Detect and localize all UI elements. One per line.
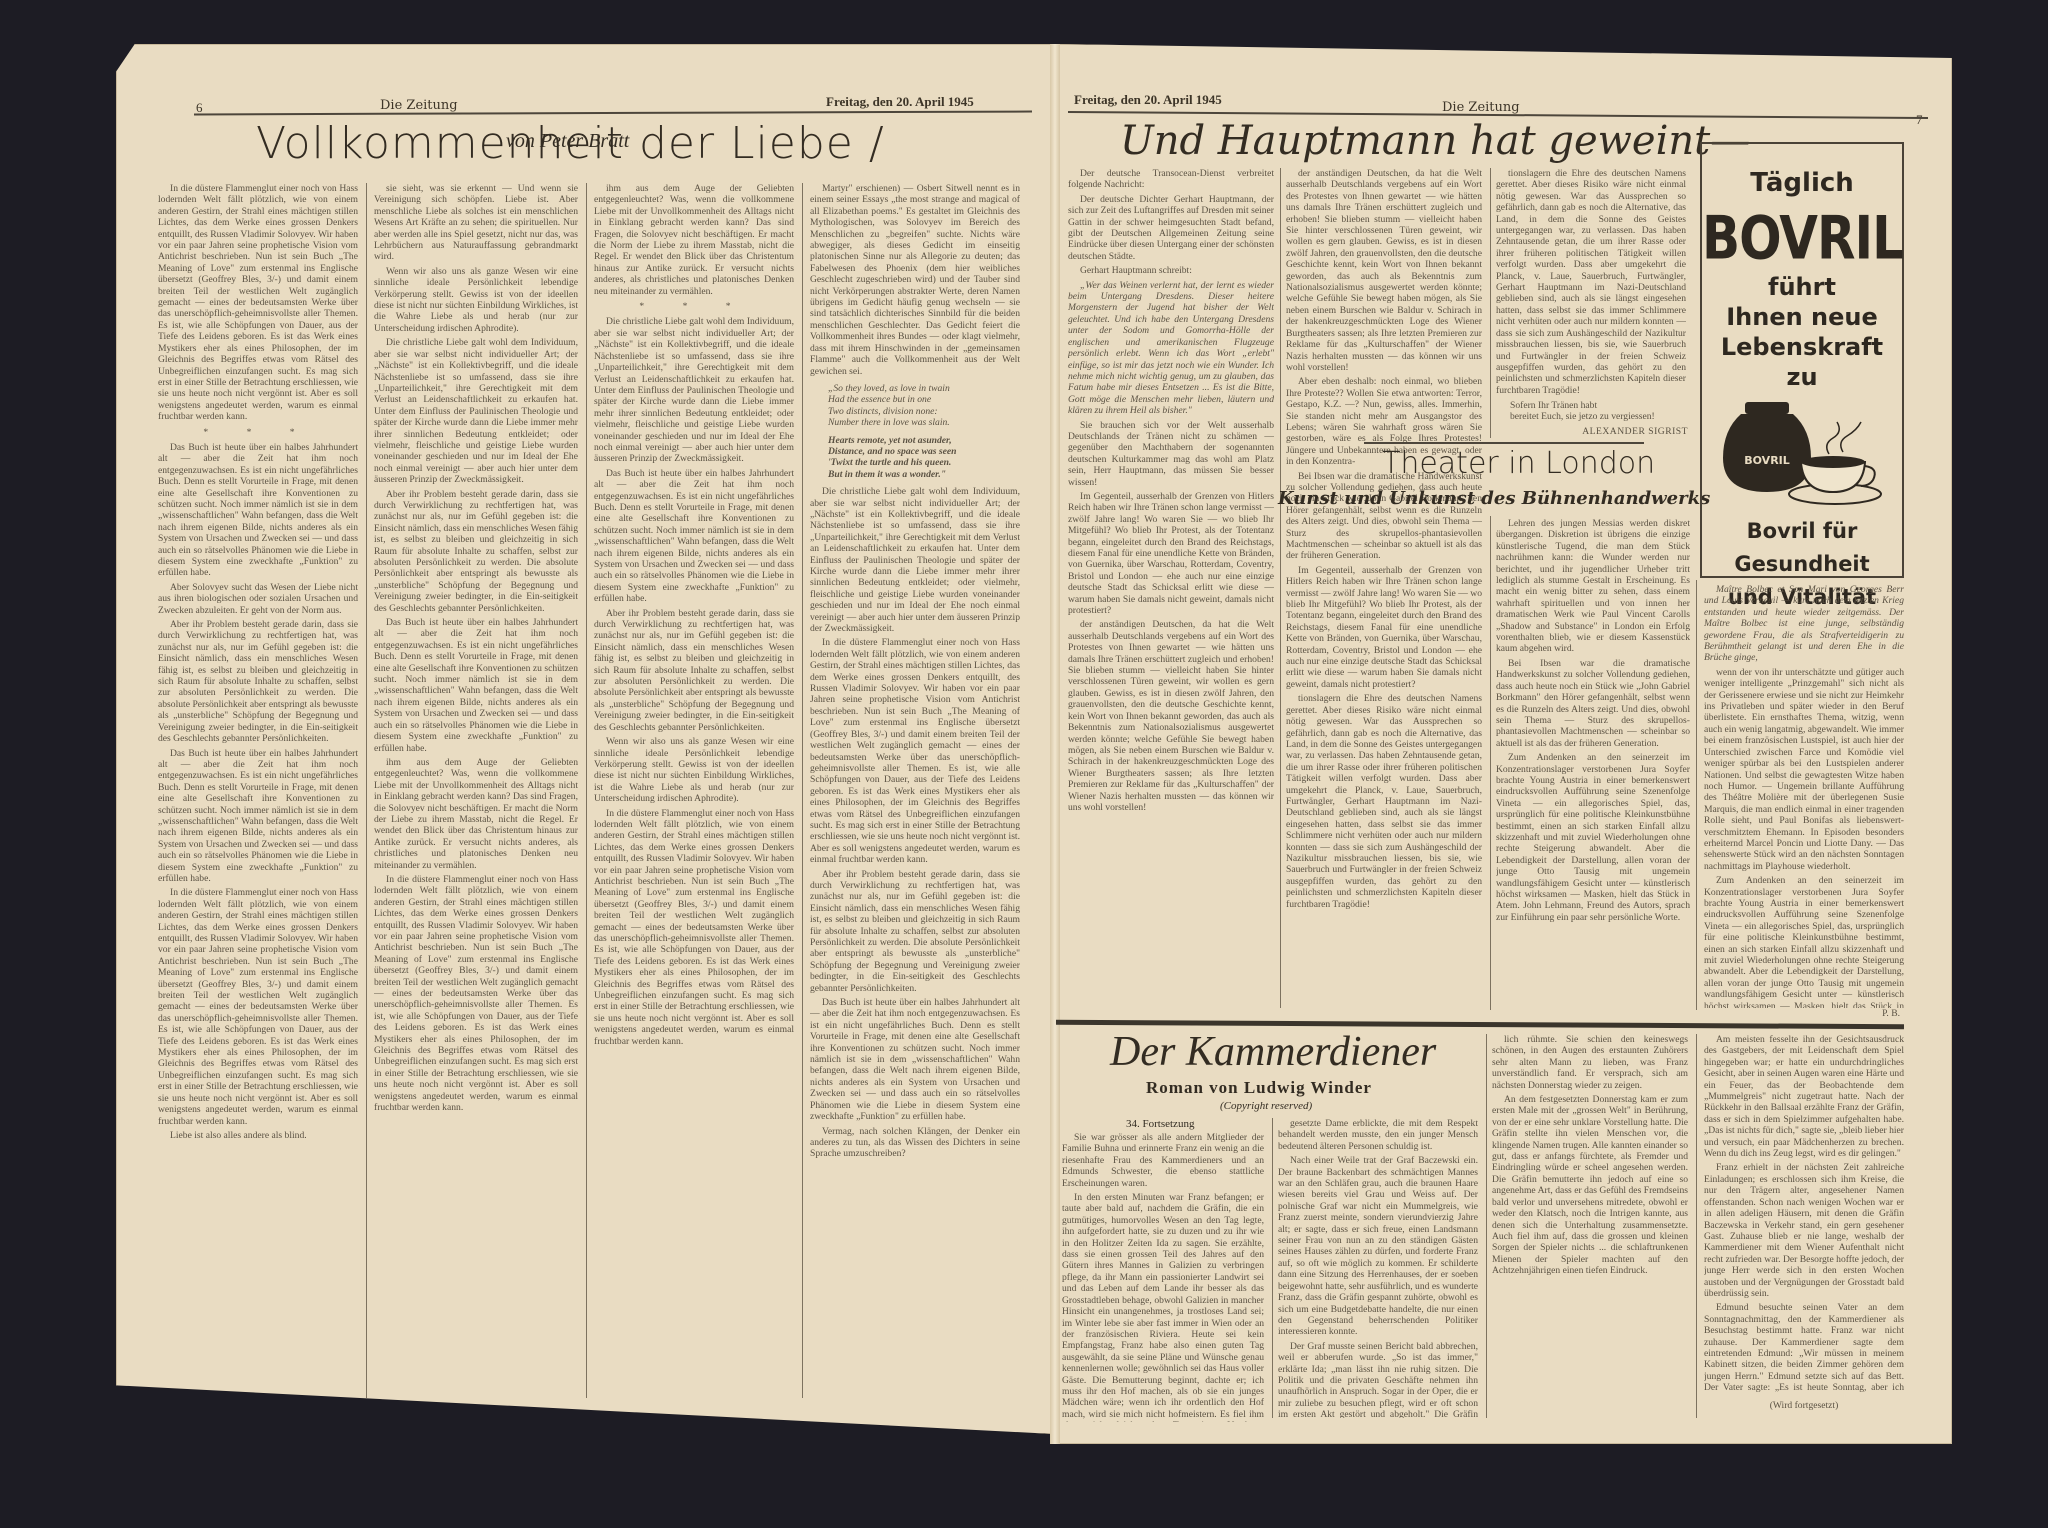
paragraph: An dem festgesetzten Donnerstag kam er z…: [1492, 1094, 1688, 1277]
ad-line: Ihnen neue: [1702, 302, 1902, 332]
paragraph: ihm aus dem Auge der Geliebten entgegenl…: [374, 757, 578, 871]
paragraph: Aber ihr Problem besteht gerade darin, d…: [158, 619, 358, 744]
paragraph: Die christliche Liebe galt wohl dem Indi…: [810, 486, 1020, 634]
serial-subtitle: Roman von Ludwig Winder: [1146, 1078, 1372, 1098]
ad-line: führt: [1702, 272, 1902, 302]
ad-footer-line: Gesundheit: [1702, 551, 1902, 578]
theater-signoff: P. B.: [1850, 1008, 1900, 1022]
page-number-right: 7: [1916, 112, 1923, 128]
column-divider: [1490, 516, 1491, 1010]
verse-line: Sofern Ihr Tränen habt: [1510, 400, 1690, 411]
poem-line: Distance, and no space was seen: [828, 446, 1020, 457]
paragraph: Im Gegenteil, ausserhalb der Grenzen von…: [1286, 565, 1482, 690]
serial-column-2: gesetzte Dame erblickte, die mit dem Res…: [1278, 1118, 1478, 1418]
paragraph: der anständigen Deutschen, da hat die We…: [1068, 619, 1274, 813]
paragraph: Sie war grösser als alle andern Mitglied…: [1062, 1132, 1264, 1189]
poem-stanza-1: „So they loved, as love in twain Had the…: [828, 383, 1020, 429]
poem-stanza-2: Hearts remote, yet not asunder, Distance…: [828, 435, 1020, 481]
paragraph: Zum Andenken an den seinerzeit im Konzen…: [1496, 752, 1690, 923]
hauptmann-column-2: der anständigen Deutschen, da hat die We…: [1286, 168, 1482, 1008]
liebe-column-2: sie sieht, was sie erkennt — Und wenn si…: [374, 183, 578, 1398]
liebe-column-3: ihm aus dem Auge der Geliebten entgegenl…: [594, 183, 794, 1398]
serial-title: Der Kammerdiener: [1110, 1028, 1436, 1076]
ad-brand: BOVRIL: [1702, 207, 1902, 269]
serial-column-1: Sie war grösser als alle andern Mitglied…: [1062, 1132, 1264, 1422]
column-divider: [1696, 580, 1697, 1010]
paragraph: Liebe ist also alles andere als blind.: [158, 1130, 358, 1141]
poem-line: Had the essence but in one: [828, 394, 1020, 405]
theater-column-2: Lehren des jungen Messias werden diskret…: [1496, 518, 1690, 1008]
article-title-hauptmann: Und Hauptmann hat geweint—: [1120, 118, 1750, 164]
paragraph: Der deutsche Transocean-Dienst verbreite…: [1068, 168, 1274, 191]
bovril-advertisement: Täglich BOVRIL führt Ihnen neue Lebenskr…: [1700, 142, 1904, 578]
section-break: * * *: [158, 427, 358, 438]
serial-column-3: lich rühmte. Sie schien den keineswegs s…: [1492, 1034, 1688, 1418]
column-divider: [1280, 168, 1281, 1008]
hauptmann-column-3: tionslagern die Ehre des deutschen Namen…: [1496, 168, 1686, 398]
article-title-theater: Theater in London: [1382, 446, 1655, 481]
paragraph: sie sieht, was sie erkennt — Und wenn si…: [374, 183, 578, 263]
hauptmann-column-1: Der deutsche Transocean-Dienst verbreite…: [1068, 168, 1274, 1008]
paragraph: Aber ihr Problem besteht gerade darin, d…: [810, 869, 1020, 994]
ad-line: Täglich: [1702, 168, 1902, 198]
paragraph: Nach einer Weile trat der Graf Baczewski…: [1278, 1155, 1478, 1338]
paragraph: tionslagern die Ehre des deutschen Namen…: [1286, 693, 1482, 910]
liebe-column-1: In die düstere Flammenglut einer noch vo…: [158, 183, 358, 1398]
paragraph: ihm aus dem Auge der Geliebten entgegenl…: [594, 183, 794, 297]
paragraph: Der deutsche Dichter Gerhart Hauptmann, …: [1068, 194, 1274, 262]
serial-installment: 34. Fortsetzung: [1126, 1118, 1194, 1130]
paragraph: Martyr" erschienen) — Osbert Sitwell nen…: [810, 183, 1020, 377]
verse-line: bereitet Euch, sie jetzo zu vergiessen!: [1510, 411, 1690, 422]
paragraph: Vermag, nach solchen Klängen, der Denker…: [810, 1126, 1020, 1160]
paragraph: Das Buch ist heute über ein halbes Jahrh…: [374, 617, 578, 754]
paragraph: Die christliche Liebe galt wohl dem Indi…: [374, 337, 578, 485]
paragraph: gesetzte Dame erblickte, die mit dem Res…: [1278, 1118, 1478, 1152]
article-byline: von Peter Bratt: [506, 130, 629, 153]
column-divider: [1490, 168, 1491, 438]
paragraph: Das Buch ist heute über ein halbes Jahrh…: [810, 997, 1020, 1122]
paragraph: Der Graf musste seinen Bericht bald abbr…: [1278, 1341, 1478, 1418]
quote-paragraph: „Wer das Weinen verlernt hat, der lernt …: [1068, 280, 1274, 417]
closing-verse: Sofern Ihr Tränen habt bereitet Euch, si…: [1510, 400, 1690, 426]
date-left: Freitag, den 20. April 1945: [826, 94, 974, 110]
poem-line: „So they loved, as love in twain: [828, 383, 1020, 394]
paragraph: Bei Ibsen war die dramatische Handwerksk…: [1496, 658, 1690, 749]
column-divider: [366, 183, 367, 1398]
paragraph: Gerhart Hauptmann schreibt:: [1068, 265, 1274, 276]
paragraph: In den ersten Minuten war Franz befangen…: [1062, 1192, 1264, 1422]
poem-line: Number there in love was slain.: [828, 417, 1020, 428]
column-divider: [586, 183, 587, 1398]
paragraph: Aber Solovyev sucht das Wesen der Liebe …: [158, 582, 358, 616]
paragraph: der anständigen Deutschen, da hat die We…: [1286, 168, 1482, 373]
paragraph: Am meisten fesselte ihn der Gesichtsausd…: [1704, 1034, 1904, 1159]
ad-line: zu: [1702, 362, 1902, 392]
poem-line: Hearts remote, yet not asunder,: [828, 435, 1020, 446]
column-divider: [802, 183, 803, 1398]
date-right: Freitag, den 20. April 1945: [1074, 92, 1222, 108]
paragraph: Das Buch ist heute über ein halbes Jahrh…: [594, 468, 794, 605]
ad-footer-line: Bovril für: [1702, 518, 1902, 545]
paragraph: Die christliche Liebe galt wohl dem Indi…: [594, 316, 794, 464]
article-subtitle-theater: Kunst und Unkunst des Bühnenhandwerks: [1278, 488, 1710, 509]
theater-column-3: Maître Bolbec et Son Mari von Georges Be…: [1704, 584, 1904, 1008]
paragraph: Das Buch ist heute über ein halbes Jahrh…: [158, 442, 358, 579]
paragraph: In die düstere Flammenglut einer noch vo…: [374, 874, 578, 1114]
section-break: * * *: [594, 301, 794, 312]
paragraph: Lehren des jungen Messias werden diskret…: [1496, 518, 1690, 655]
column-divider: [1272, 1118, 1273, 1418]
paragraph: Zum Andenken an den seinerzeit im Konzen…: [1704, 875, 1904, 1008]
poem-line: But in them it was a wonder.": [828, 469, 1020, 480]
serial-continued-note: (Wird fortgesetzt): [1704, 1400, 1904, 1414]
author-signature: ALEXANDER SIGRIST: [1560, 426, 1688, 440]
center-fold: [1050, 44, 1060, 1444]
poem-line: 'Twixt the turtle and his queen.: [828, 457, 1020, 468]
liebe-column-4: Martyr" erschienen) — Osbert Sitwell nen…: [810, 183, 1020, 1398]
paragraph: In die düstere Flammenglut einer noch vo…: [594, 808, 794, 1048]
serial-column-4: Am meisten fesselte ihn der Gesichtsausd…: [1704, 1034, 1904, 1394]
svg-text:BOVRIL: BOVRIL: [1744, 454, 1790, 467]
column-divider: [1696, 1034, 1697, 1418]
paragraph: Sie brauchen sich vor der Welt ausserhal…: [1068, 420, 1274, 488]
paragraph: Franz erhielt in der nächsten Zeit zahlr…: [1704, 1162, 1904, 1299]
paragraph: Aber ihr Problem besteht gerade darin, d…: [374, 489, 578, 614]
poem-line: Two distincts, division none:: [828, 406, 1020, 417]
paragraph: lich rühmte. Sie schien den keineswegs s…: [1492, 1034, 1688, 1091]
ad-line: Lebenskraft: [1702, 332, 1902, 362]
paragraph: In die düstere Flammenglut einer noch vo…: [158, 887, 358, 1127]
column-divider: [1486, 1034, 1487, 1418]
paragraph: Wenn wir also uns als ganze Wesen wir ei…: [594, 736, 794, 804]
paragraph: wenn der von ihr unterschätzte und gütig…: [1704, 667, 1904, 872]
bovril-jar-and-cup-icon: BOVRIL: [1717, 398, 1887, 508]
paragraph: tionslagern die Ehre des deutschen Namen…: [1496, 168, 1686, 396]
paragraph: Maître Bolbec et Son Mari von Georges Be…: [1704, 584, 1904, 664]
paragraph: Bei Ibsen war die dramatische Handwerksk…: [1286, 471, 1482, 562]
paragraph: Wenn wir also uns als ganze Wesen wir ei…: [374, 266, 578, 334]
paragraph: Edmund besuchte seinen Vater an dem Sonn…: [1704, 1302, 1904, 1394]
paragraph: Das Buch ist heute über ein halbes Jahrh…: [158, 748, 358, 885]
masthead-left: Die Zeitung: [380, 98, 458, 113]
serial-copyright: (Copyright reserved): [1220, 1100, 1312, 1112]
paragraph: In die düstere Flammenglut einer noch vo…: [158, 183, 358, 423]
section-rule: [1364, 442, 1644, 444]
paragraph: Im Gegenteil, ausserhalb der Grenzen von…: [1068, 491, 1274, 616]
paragraph: Aber ihr Problem besteht gerade darin, d…: [594, 608, 794, 733]
paragraph: In die düstere Flammenglut einer noch vo…: [810, 637, 1020, 865]
